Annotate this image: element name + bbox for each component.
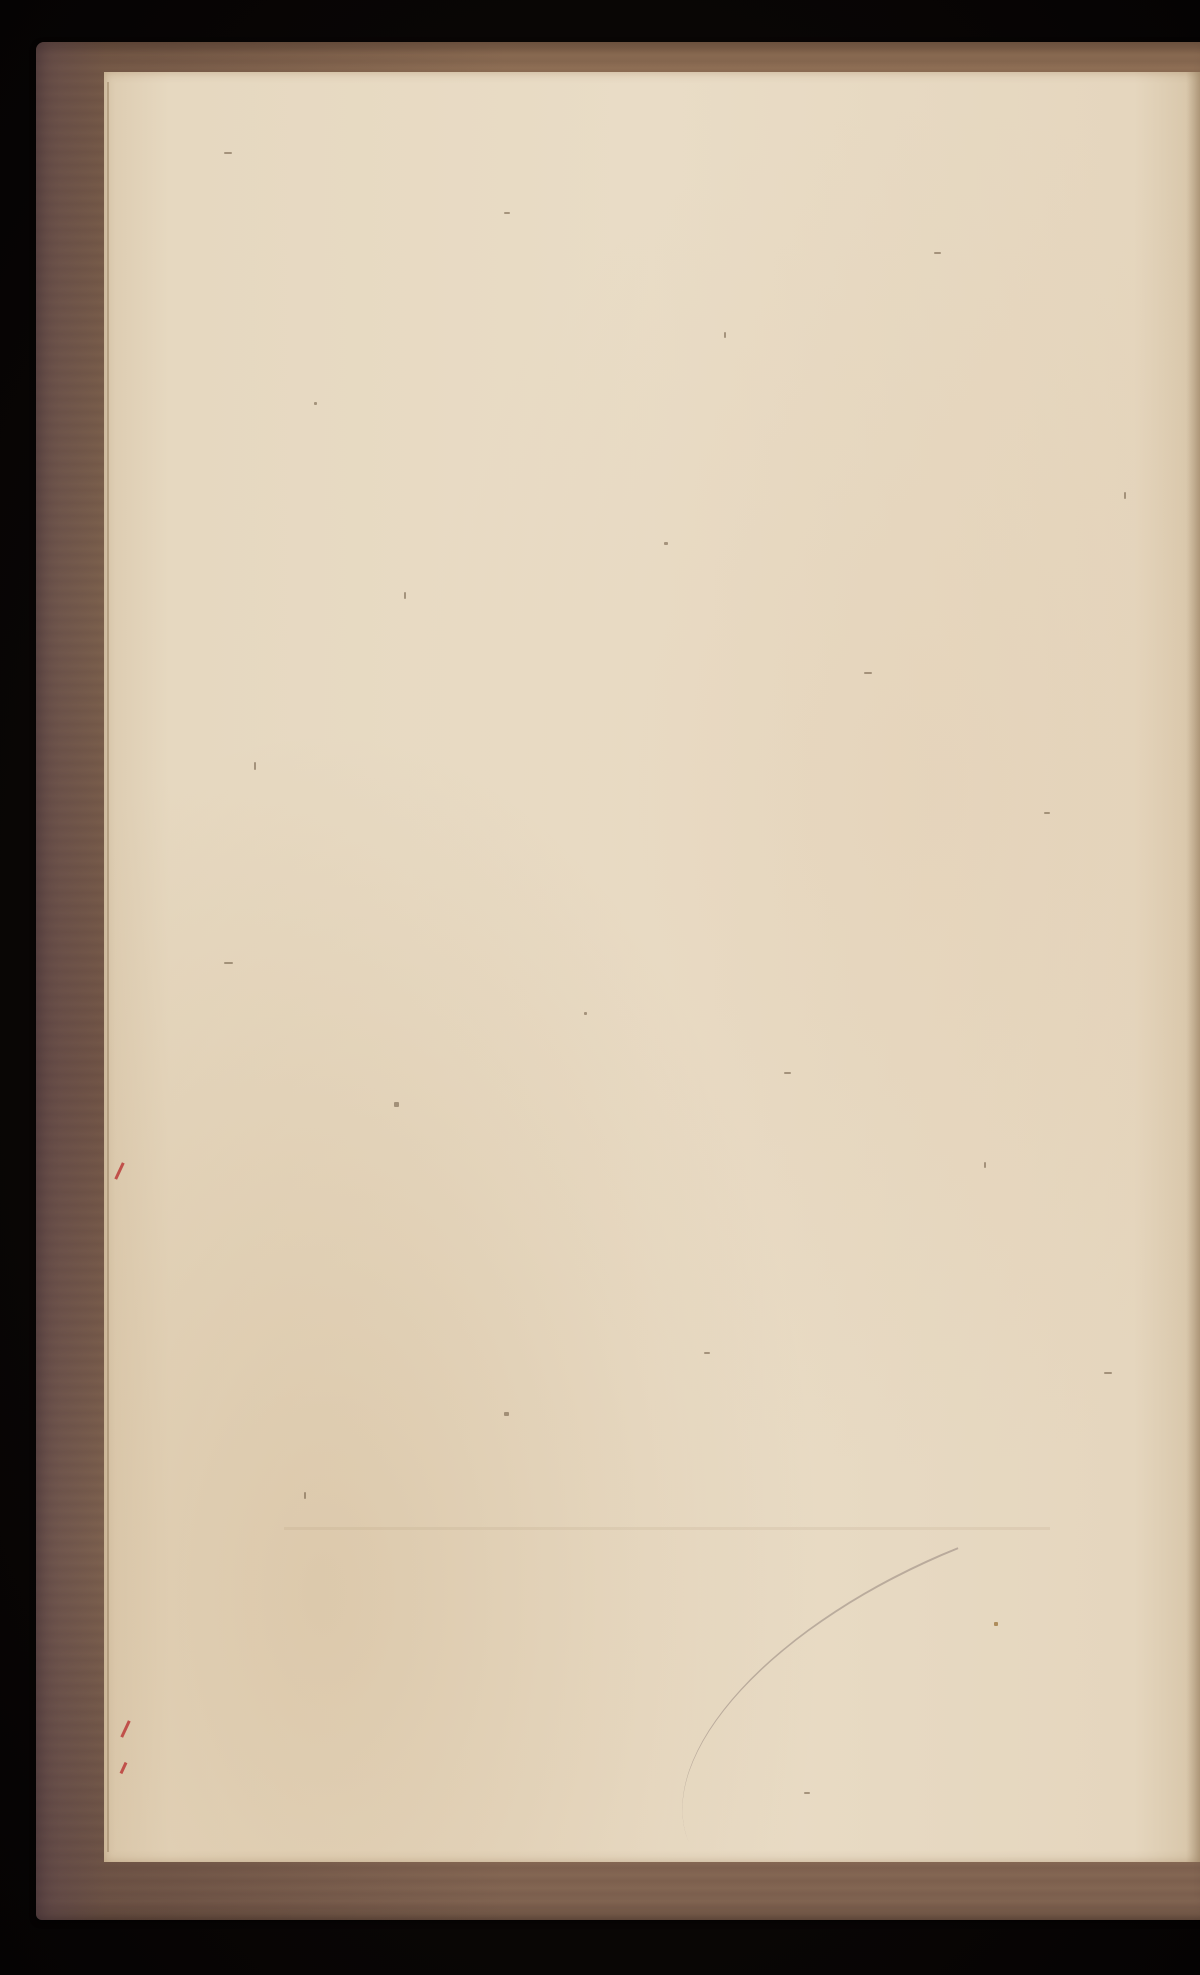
paper-fibre-speck <box>504 1412 509 1416</box>
paper-fibre-speck <box>504 212 510 214</box>
paper-fibre-speck <box>404 592 406 599</box>
blank-endpaper-leaf <box>104 72 1200 1862</box>
paper-fibre-speck <box>704 1352 710 1354</box>
paper-crease-mark <box>624 1547 1022 1841</box>
paper-fibre-speck <box>864 672 872 674</box>
scan-stage <box>0 0 1200 1975</box>
red-ink-fleck <box>114 1162 124 1180</box>
paper-fibre-speck <box>664 542 668 545</box>
paper-fibre-speck <box>1104 1372 1112 1374</box>
paper-fibre-speck <box>304 1492 306 1499</box>
paper-fibre-speck <box>784 1072 791 1074</box>
paper-fibre-speck <box>224 152 232 154</box>
paper-fibre-speck <box>934 252 941 254</box>
red-ink-fleck <box>120 1720 130 1738</box>
paper-fibre-speck <box>804 1792 810 1794</box>
paper-fibre-speck <box>224 962 233 964</box>
paper-fibre-speck <box>254 762 256 770</box>
paper-fibre-speck <box>724 332 726 338</box>
paper-fibre-speck <box>1124 492 1126 499</box>
red-ink-fleck <box>120 1762 128 1774</box>
show-through-rule <box>284 1527 1050 1530</box>
paper-fibre-speck <box>314 402 317 405</box>
paper-fibre-speck <box>1044 812 1050 814</box>
gutter-fold-line <box>107 82 109 1852</box>
leaf-fore-edge <box>1186 72 1200 1862</box>
paper-fibre-speck <box>394 1102 399 1107</box>
paper-fibre-speck <box>584 1012 587 1015</box>
paper-fibre-speck <box>984 1162 986 1168</box>
paper-fibre-speck <box>994 1622 998 1626</box>
